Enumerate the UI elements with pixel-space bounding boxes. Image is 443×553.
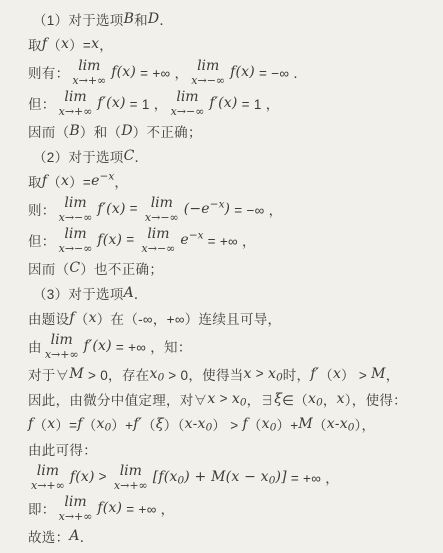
- subscript: 0: [270, 421, 277, 433]
- math-run: A: [124, 285, 134, 301]
- text-run: = +∞ ，: [287, 467, 339, 487]
- solution-line: 因而（B）和（D）不正确；: [28, 118, 437, 143]
- solution-line: 则有：limx→+∞f(x) = +∞ ，limx→−∞f(x) = −∞ ．: [28, 56, 437, 87]
- solution-line: 因此，由微分中值定理，对∀x > x0，∃ξ∈（x0，x），使得：: [28, 386, 437, 411]
- math-run: x: [61, 173, 69, 189]
- solution-line: f（x）=f（x0）+f′（ξ）（x-x0） > f（x0）+M（x-x0），: [28, 411, 437, 436]
- solution-line: 由limx→+∞f′(x) = +∞ ，知：: [28, 330, 437, 361]
- math-run: C: [124, 148, 135, 164]
- solution-line: 则：limx→−∞f′(x) = limx→−∞(−e−x) = −∞ ，: [28, 193, 437, 224]
- text-run: 由: [28, 336, 42, 356]
- text-run: 取: [28, 171, 42, 191]
- limit-operator: limx→+∞: [114, 464, 148, 491]
- text-run: > 0，使得当: [164, 364, 243, 384]
- text-run: =: [122, 232, 138, 247]
- text-run: （: [47, 171, 61, 191]
- limit-approach: x→+∞: [45, 349, 79, 360]
- solution-line: 但：limx→−∞f(x) = limx→−∞e−x = +∞ ，: [28, 224, 437, 255]
- limit-operator: limx→+∞: [45, 333, 79, 360]
- solution-line: 故选：A．: [28, 523, 437, 548]
- math-run: x: [340, 416, 348, 432]
- text-run: 由此可得：: [28, 439, 97, 459]
- math-run: [f(x: [153, 469, 178, 485]
- superscript: −x: [210, 198, 225, 210]
- limit-word: lim: [120, 464, 142, 478]
- text-run: 由题设: [28, 308, 69, 328]
- text-run: ），: [354, 414, 375, 434]
- solution-document: （1）对于选项B和D．取f（x）=x，则有：limx→+∞f(x) = +∞ ，…: [0, 0, 443, 553]
- limit-word: lim: [37, 464, 59, 478]
- subscript: 0: [178, 474, 185, 486]
- math-run: x: [327, 416, 335, 432]
- math-run: f′(x): [84, 338, 112, 354]
- limit-word: lim: [64, 196, 86, 210]
- limit-operator: limx→−∞: [191, 59, 225, 86]
- math-run: f(x): [70, 469, 95, 485]
- limit-word: lim: [176, 90, 198, 104]
- text-run: 和: [134, 9, 148, 29]
- text-run: ．: [80, 526, 94, 546]
- math-run: M: [371, 366, 386, 382]
- text-run: ）和（: [80, 121, 121, 141]
- subscript: 0: [316, 396, 323, 408]
- math-run: e: [180, 232, 189, 248]
- math-run: x: [97, 416, 105, 432]
- math-run: x: [333, 366, 341, 382]
- math-run: f′: [133, 416, 142, 432]
- math-run: x: [268, 366, 276, 382]
- solution-line: （2）对于选项C．: [28, 143, 437, 168]
- text-run: = +∞ ，知：: [112, 336, 192, 356]
- limit-word: lim: [64, 227, 86, 241]
- text-run: ），使得：: [345, 389, 407, 409]
- math-run: B: [69, 123, 80, 139]
- text-run: （: [313, 414, 327, 434]
- text-run: 但：: [28, 93, 56, 113]
- text-run: ）+: [111, 414, 133, 434]
- math-run: x: [91, 36, 99, 52]
- math-run: M: [69, 366, 84, 382]
- math-run: B: [124, 11, 135, 27]
- limit-word: lim: [64, 495, 86, 509]
- solution-line: 取f（x）=e−x，: [28, 168, 437, 193]
- text-run: （: [142, 414, 156, 434]
- subscript: 0: [158, 371, 165, 383]
- math-run: x: [207, 391, 215, 407]
- math-run: A: [69, 528, 79, 544]
- text-run: >: [252, 366, 268, 381]
- text-run: 因而（: [28, 258, 69, 278]
- text-run: ） >: [212, 414, 242, 434]
- limit-operator: limx→−∞: [59, 227, 93, 254]
- limit-word: lim: [78, 59, 100, 73]
- text-run: 即：: [28, 498, 56, 518]
- text-run: ）=: [69, 34, 91, 54]
- limit-approach: x→−∞: [59, 243, 93, 254]
- limit-approach: x→+∞: [59, 106, 93, 117]
- solution-line: limx→+∞f(x) > limx→+∞[f(x0) + M(x − x0)]…: [28, 461, 437, 492]
- limit-operator: limx→+∞: [59, 495, 93, 522]
- text-run: ．: [134, 283, 148, 303]
- subscript: 0: [206, 421, 213, 433]
- math-run: f(x): [230, 64, 255, 80]
- text-run: = −∞ ．: [255, 62, 307, 82]
- math-run: x: [47, 416, 55, 432]
- text-run: 故选：: [28, 526, 69, 546]
- text-run: （2）对于选项: [33, 146, 124, 166]
- limit-word: lim: [147, 227, 169, 241]
- solution-line: 即：limx→+∞f(x) = +∞ ，: [28, 492, 437, 523]
- text-run: 取: [28, 34, 42, 54]
- superscript: −x: [100, 170, 115, 182]
- text-run: >: [95, 469, 111, 484]
- math-run: x: [232, 391, 240, 407]
- text-run: ）也不正确；: [80, 258, 163, 278]
- limit-operator: limx→+∞: [59, 90, 93, 117]
- solution-body: （1）对于选项B和D．取f（x）=x，则有：limx→+∞f(x) = +∞ ，…: [28, 6, 437, 548]
- math-run: x: [244, 366, 252, 382]
- limit-approach: x→+∞: [31, 480, 65, 491]
- text-run: （3）对于选项: [33, 283, 124, 303]
- math-run: f(x): [97, 500, 122, 516]
- math-run: f(x): [97, 232, 122, 248]
- text-run: ，: [386, 364, 400, 384]
- text-run: （: [33, 414, 47, 434]
- math-run: D: [148, 11, 159, 27]
- text-run: ∈（: [282, 389, 308, 409]
- math-run: x: [308, 391, 316, 407]
- text-run: （: [75, 308, 89, 328]
- limit-operator: limx→+∞: [72, 59, 106, 86]
- math-run: ) + M(x − x: [184, 469, 269, 485]
- text-run: ，: [114, 171, 128, 191]
- text-run: = 1 ，: [126, 93, 168, 113]
- text-run: = +∞ ，: [136, 62, 188, 82]
- text-run: ）在（-∞，+∞）连续且可导，: [97, 308, 282, 328]
- limit-approach: x→−∞: [59, 212, 93, 223]
- limit-operator: limx→−∞: [59, 196, 93, 223]
- text-run: 则：: [28, 199, 56, 219]
- math-run: x: [61, 36, 69, 52]
- math-run: ξ: [156, 416, 164, 432]
- math-run: (−e: [184, 201, 210, 217]
- math-run: C: [69, 260, 80, 276]
- solution-line: （3）对于选项A．: [28, 280, 437, 305]
- limit-word: lim: [151, 196, 173, 210]
- math-run: x: [198, 416, 206, 432]
- text-run: 但：: [28, 230, 56, 250]
- subscript: 0: [269, 474, 276, 486]
- solution-line: 由此可得：: [28, 436, 437, 461]
- text-run: 时，: [283, 364, 311, 384]
- math-run: x: [89, 310, 97, 326]
- limit-approach: x→−∞: [191, 75, 225, 86]
- math-run: e: [91, 173, 100, 189]
- text-run: = +∞ ，: [204, 230, 256, 250]
- solution-line: （1）对于选项B和D．: [28, 6, 437, 31]
- text-run: ．: [135, 146, 149, 166]
- text-run: ，: [99, 34, 113, 54]
- limit-operator: limx→−∞: [171, 90, 205, 117]
- text-run: 对于∀: [28, 364, 69, 384]
- text-run: （1）对于选项: [33, 9, 124, 29]
- subscript: 0: [276, 371, 283, 383]
- text-run: = −∞ ，: [230, 199, 282, 219]
- limit-word: lim: [64, 90, 86, 104]
- limit-approach: x→+∞: [114, 480, 148, 491]
- text-run: ）=: [69, 171, 91, 191]
- math-run: x: [337, 391, 345, 407]
- subscript: 0: [105, 421, 112, 433]
- math-run: x: [262, 416, 270, 432]
- math-run: f′(x): [97, 95, 125, 111]
- math-run: f(x): [111, 64, 136, 80]
- text-run: ）=: [55, 414, 77, 434]
- text-run: ．: [159, 9, 173, 29]
- text-run: = +∞ ，: [122, 498, 174, 518]
- text-run: （: [47, 34, 61, 54]
- solution-line: 取f（x）=x，: [28, 31, 437, 56]
- math-run: M: [298, 416, 313, 432]
- solution-line: 但：limx→+∞f′(x) = 1 ，limx→−∞f′(x) = 1 ，: [28, 87, 437, 118]
- limit-approach: x→+∞: [59, 511, 93, 522]
- text-run: ） >: [341, 364, 371, 384]
- text-run: 则有：: [28, 62, 69, 82]
- limit-approach: x→+∞: [72, 75, 106, 86]
- limit-operator: limx→+∞: [31, 464, 65, 491]
- text-run: 因此，由微分中值定理，对∀: [28, 389, 207, 409]
- text-run: （: [319, 364, 333, 384]
- text-run: 因而（: [28, 121, 69, 141]
- limit-word: lim: [51, 333, 73, 347]
- math-run: )]: [275, 469, 286, 485]
- text-run: ）（: [164, 414, 185, 434]
- text-run: =: [126, 201, 142, 216]
- text-run: >: [216, 391, 232, 406]
- limit-operator: limx→−∞: [142, 227, 176, 254]
- limit-operator: limx→−∞: [145, 196, 179, 223]
- limit-approach: x→−∞: [171, 106, 205, 117]
- superscript: −x: [189, 229, 204, 241]
- math-run: ξ: [274, 391, 282, 407]
- text-run: ）不正确；: [133, 121, 202, 141]
- solution-line: 因而（C）也不正确；: [28, 255, 437, 280]
- text-run: （: [248, 414, 262, 434]
- math-run: D: [121, 123, 132, 139]
- limit-word: lim: [197, 59, 219, 73]
- math-run: f′(x): [97, 201, 125, 217]
- subscript: 0: [240, 396, 247, 408]
- subscript: 0: [348, 421, 355, 433]
- text-run: = 1 ，: [238, 93, 280, 113]
- math-run: x: [149, 366, 157, 382]
- limit-approach: x→−∞: [145, 212, 179, 223]
- solution-line: 由题设f（x）在（-∞，+∞）连续且可导，: [28, 305, 437, 330]
- limit-approach: x→−∞: [142, 243, 176, 254]
- solution-line: 对于∀M > 0，存在x0 > 0，使得当x > x0时，f′（x） > M，: [28, 361, 437, 386]
- text-run: （: [83, 414, 97, 434]
- text-run: ，∃: [247, 389, 275, 409]
- math-run: x: [185, 416, 193, 432]
- text-run: ，: [323, 389, 337, 409]
- text-run: ）+: [276, 414, 298, 434]
- math-run: f′(x): [209, 95, 237, 111]
- math-run: f′: [310, 366, 319, 382]
- text-run: > 0，存在: [84, 364, 150, 384]
